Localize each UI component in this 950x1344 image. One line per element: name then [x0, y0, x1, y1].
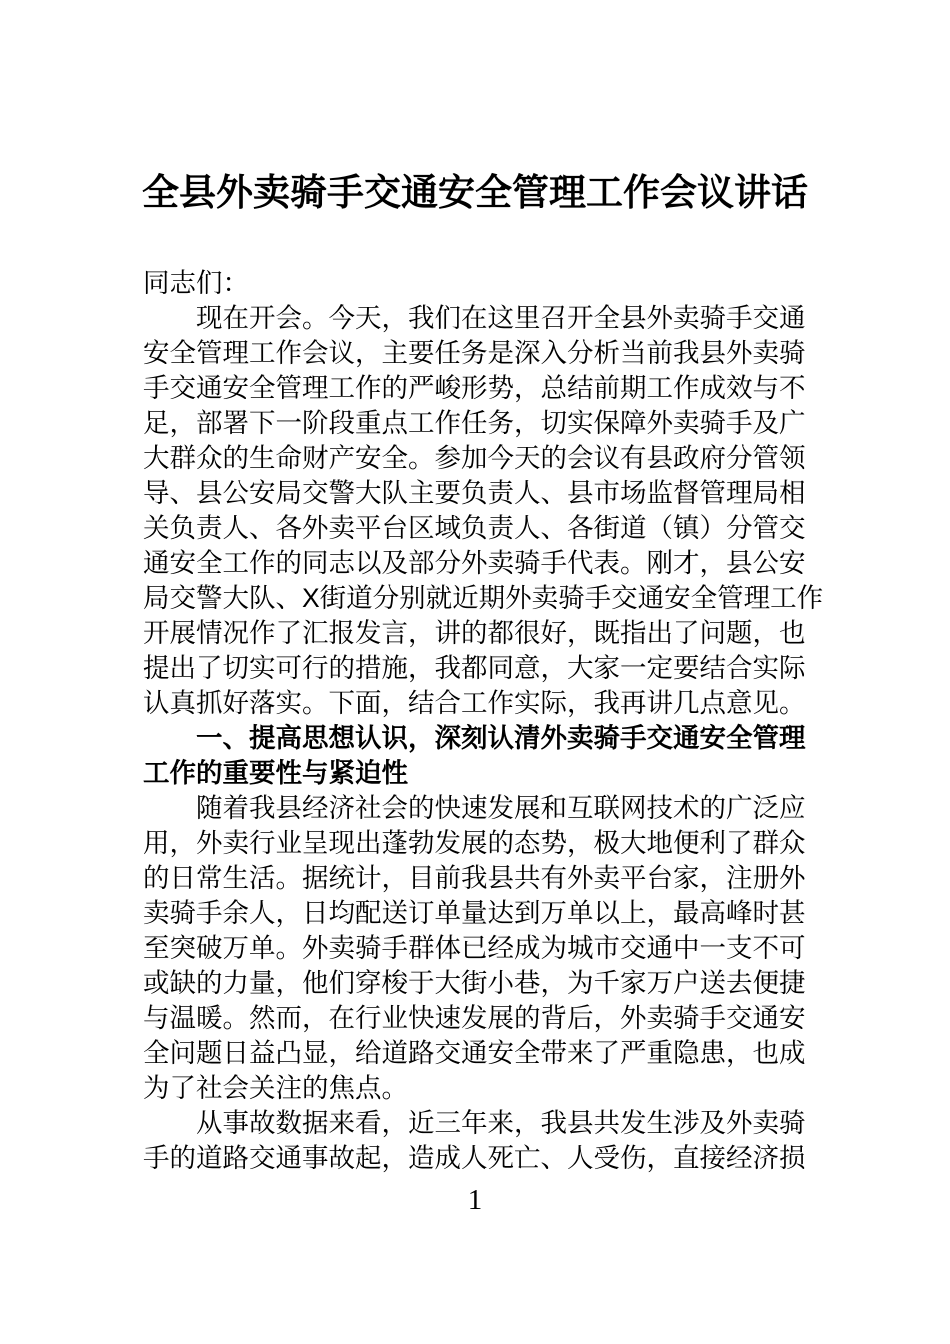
text-line: 手的道路交通事故起，造成人死亡、人受伤，直接经济损: [143, 1141, 813, 1176]
document-body: 同志们： 现在开会。今天，我们在这里召开全县外卖骑手交通 安全管理工作会议，主要…: [143, 266, 813, 1176]
text-line: 全问题日益凸显，给道路交通安全带来了严重隐患，也成: [143, 1036, 813, 1071]
text-line: 导、县公安局交警大队主要负责人、县市场监督管理局相: [143, 476, 813, 511]
salutation-line: 同志们：: [143, 266, 813, 301]
text-line: 关负责人、各外卖平台区域负责人、各街道（镇）分管交: [143, 511, 813, 546]
text-line: 随着我县经济社会的快速发展和互联网技术的广泛应: [143, 791, 813, 826]
text-line: 至突破万单。外卖骑手群体已经成为城市交通中一支不可: [143, 931, 813, 966]
document-page: 全县外卖骑手交通安全管理工作会议讲话 同志们： 现在开会。今天，我们在这里召开全…: [0, 0, 950, 1344]
text-line: 从事故数据来看，近三年来，我县共发生涉及外卖骑: [143, 1106, 813, 1141]
heading-line: 一、提高思想认识，深刻认清外卖骑手交通安全管理: [143, 721, 813, 756]
text-line: 手交通安全管理工作的严峻形势，总结前期工作成效与不: [143, 371, 813, 406]
text-line: 大群众的生命财产安全。参加今天的会议有县政府分管领: [143, 441, 813, 476]
text-line: 现在开会。今天，我们在这里召开全县外卖骑手交通: [143, 301, 813, 336]
text-line: 提出了切实可行的措施，我都同意，大家一定要结合实际: [143, 651, 813, 686]
document-title: 全县外卖骑手交通安全管理工作会议讲话: [0, 170, 950, 216]
paragraph: 现在开会。今天，我们在这里召开全县外卖骑手交通 安全管理工作会议，主要任务是深入…: [143, 301, 813, 721]
text-line: 通安全工作的同志以及部分外卖骑手代表。刚才，县公安: [143, 546, 813, 581]
text-line: 或缺的力量，他们穿梭于大街小巷，为千家万户送去便捷: [143, 966, 813, 1001]
text-line: 足，部署下一阶段重点工作任务，切实保障外卖骑手及广: [143, 406, 813, 441]
text-line: 局交警大队、X街道分别就近期外卖骑手交通安全管理工作: [143, 581, 813, 616]
section-heading: 一、提高思想认识，深刻认清外卖骑手交通安全管理 工作的重要性与紧迫性: [143, 721, 813, 791]
paragraph: 随着我县经济社会的快速发展和互联网技术的广泛应 用，外卖行业呈现出蓬勃发展的态势…: [143, 791, 813, 1106]
page-number: 1: [0, 1184, 950, 1216]
text-line: 安全管理工作会议，主要任务是深入分析当前我县外卖骑: [143, 336, 813, 371]
heading-line: 工作的重要性与紧迫性: [143, 756, 813, 791]
text-line: 的日常生活。据统计，目前我县共有外卖平台家，注册外: [143, 861, 813, 896]
text-line: 为了社会关注的焦点。: [143, 1071, 813, 1106]
paragraph: 从事故数据来看，近三年来，我县共发生涉及外卖骑 手的道路交通事故起，造成人死亡、…: [143, 1106, 813, 1176]
text-line: 与温暖。然而，在行业快速发展的背后，外卖骑手交通安: [143, 1001, 813, 1036]
text-line: 认真抓好落实。下面，结合工作实际，我再讲几点意见。: [143, 686, 813, 721]
text-line: 用，外卖行业呈现出蓬勃发展的态势，极大地便利了群众: [143, 826, 813, 861]
text-line: 开展情况作了汇报发言，讲的都很好，既指出了问题，也: [143, 616, 813, 651]
text-line: 卖骑手余人，日均配送订单量达到万单以上，最高峰时甚: [143, 896, 813, 931]
